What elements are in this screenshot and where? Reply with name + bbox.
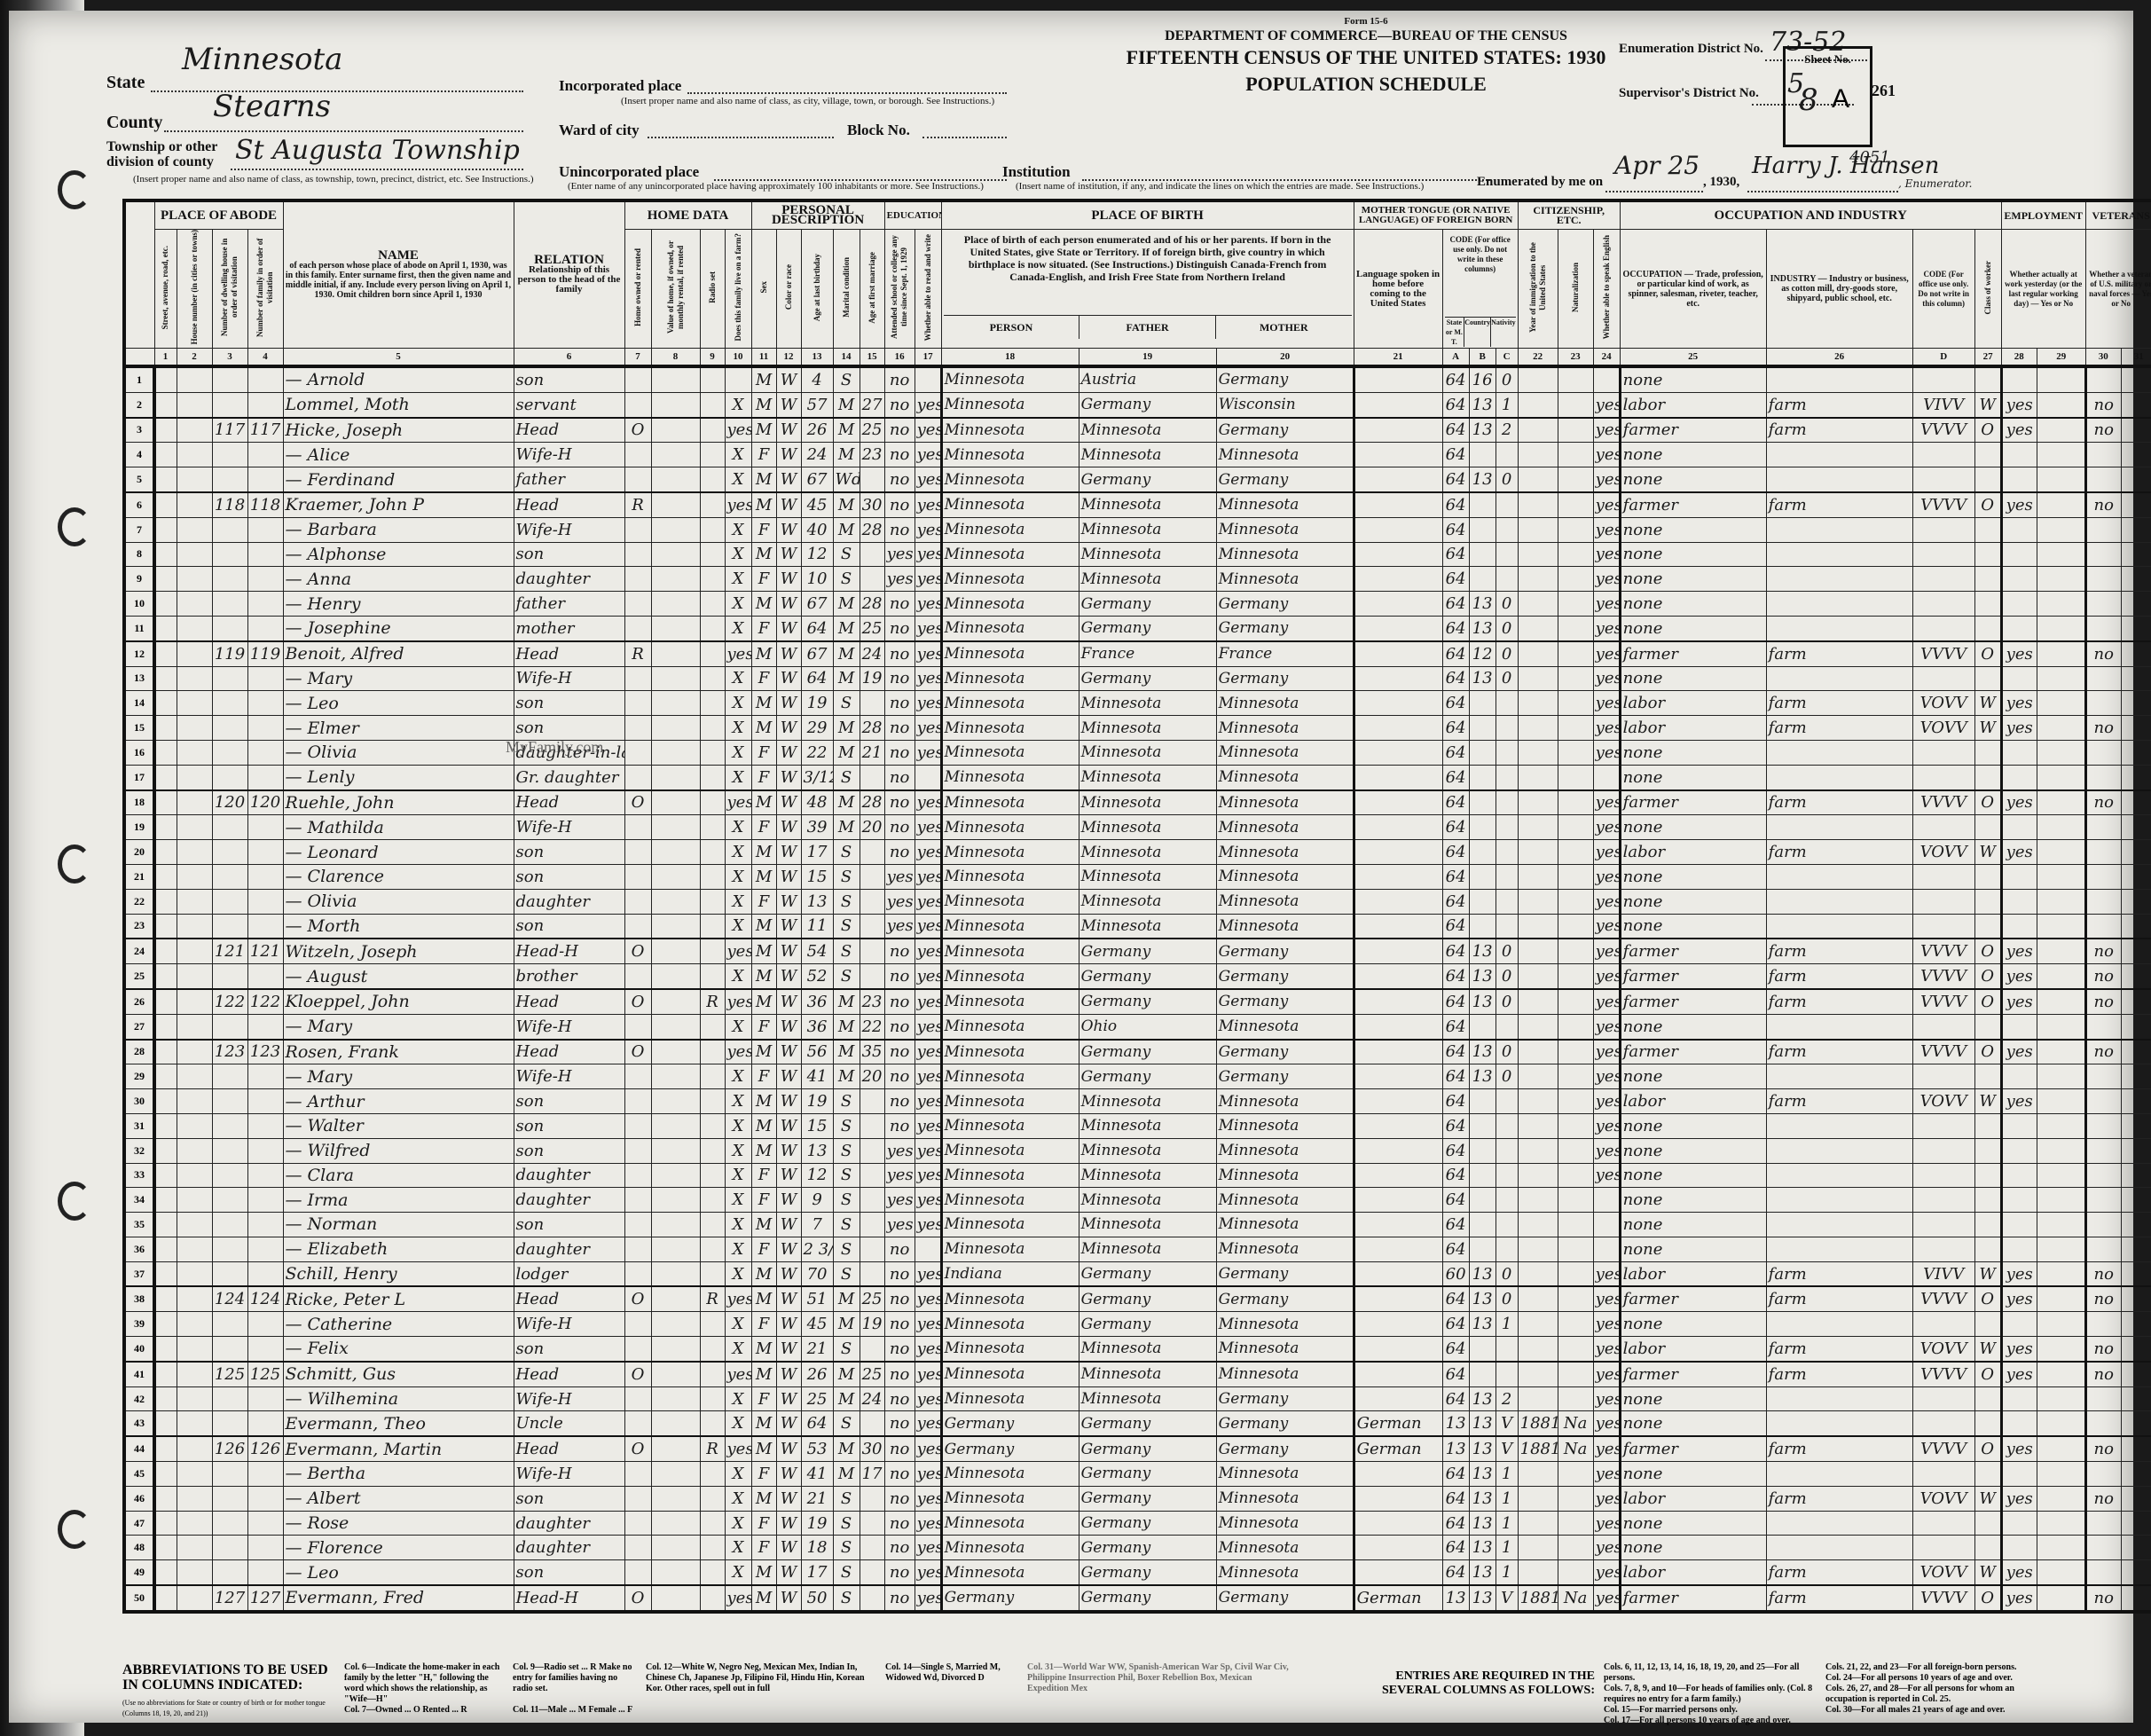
home-owned-cell — [624, 914, 651, 939]
school-cell: no — [884, 716, 915, 741]
radio-cell — [700, 1462, 725, 1487]
immigration-year-cell — [1518, 815, 1558, 840]
street-cell — [154, 1386, 177, 1411]
english-cell — [1593, 765, 1620, 789]
relation-cell: Head — [514, 989, 624, 1014]
immigration-year-cell — [1518, 443, 1558, 467]
home-owned-cell — [624, 1511, 651, 1536]
house-number-cell — [177, 592, 212, 617]
occ-code-header: CODE (For office use only. Do not write … — [1912, 230, 1974, 349]
occupation-code-cell: VVVV — [1912, 964, 1974, 989]
sex-header: Sex — [751, 230, 776, 349]
marital-cell: M — [833, 666, 860, 691]
name-cell: — Mary — [283, 1014, 514, 1039]
occupation-code-cell: VVVV — [1912, 1040, 1974, 1064]
read-write-cell: yes — [915, 1585, 941, 1612]
code-a-cell: 64 — [1442, 1213, 1469, 1237]
naturalization-cell — [1558, 840, 1593, 865]
code-b-cell — [1469, 864, 1495, 889]
age-cell: 13 — [801, 1138, 833, 1163]
radio-cell — [700, 1386, 725, 1411]
sex-cell: M — [751, 939, 776, 963]
at-work-cell: yes — [2001, 1560, 2037, 1585]
race-cell: W — [776, 1014, 801, 1039]
naturalization-cell — [1558, 1138, 1593, 1163]
school-cell: no — [884, 418, 915, 443]
code-b-cell: 13 — [1469, 964, 1495, 989]
naturalization-cell — [1558, 392, 1593, 417]
code-a-cell: 64 — [1442, 914, 1469, 939]
table-row: 24121121Witzeln, JosephHead-HOyesMW54Sno… — [124, 939, 2151, 963]
home-value-cell — [651, 1560, 700, 1585]
relation-cell: son — [514, 1486, 624, 1511]
school-cell: no — [884, 1486, 915, 1511]
worker-class-cell: W — [1974, 1337, 2001, 1362]
name-cell: Evermann, Theo — [283, 1411, 514, 1436]
language-cell — [1354, 740, 1442, 765]
home-value-cell — [651, 666, 700, 691]
line-number: 13 — [124, 666, 154, 691]
veteran-cell — [2085, 1237, 2121, 1261]
code-a-cell: 64 — [1442, 392, 1469, 417]
birthplace-person-cell: Minnesota — [941, 492, 1079, 517]
school-cell: no — [884, 616, 915, 640]
language-cell — [1354, 840, 1442, 865]
language-cell: German — [1354, 1585, 1442, 1612]
language-cell — [1354, 1462, 1442, 1487]
industry-cell: farm — [1766, 989, 1912, 1014]
veteran-cell — [2085, 567, 2121, 592]
birthplace-person-cell: Minnesota — [941, 1386, 1079, 1411]
birthplace-person-cell: Minnesota — [941, 616, 1079, 640]
war-cell — [2121, 641, 2151, 666]
at-work-cell: yes — [2001, 1585, 2037, 1612]
house-number-cell — [177, 1536, 212, 1560]
home-owned-cell — [624, 740, 651, 765]
naturalization-cell — [1558, 914, 1593, 939]
code-b-cell: 13 — [1469, 1386, 1495, 1411]
unemployment-line-cell — [2037, 567, 2085, 592]
race-cell: W — [776, 1462, 801, 1487]
name-cell: Witzeln, Joseph — [283, 939, 514, 963]
language-cell — [1354, 1040, 1442, 1064]
occupation-cell: none — [1620, 914, 1766, 939]
radio-cell — [700, 1585, 725, 1612]
home-value-cell — [651, 1386, 700, 1411]
birthplace-mother-cell: Minnesota — [1216, 492, 1354, 517]
read-write-cell: yes — [915, 1014, 941, 1039]
occupation-code-cell — [1912, 1113, 1974, 1138]
home-value-cell — [651, 1261, 700, 1286]
line-number: 35 — [124, 1213, 154, 1237]
english-cell — [1593, 1188, 1620, 1213]
name-cell: — Elizabeth — [283, 1237, 514, 1261]
read-write-cell: yes — [915, 691, 941, 716]
worker-class-cell — [1974, 1411, 2001, 1436]
school-cell: yes — [884, 864, 915, 889]
block-label: Block No. — [847, 122, 910, 139]
race-cell: W — [776, 1536, 801, 1560]
occupation-cell: none — [1620, 366, 1766, 392]
street-cell — [154, 1486, 177, 1511]
code-b-cell — [1469, 567, 1495, 592]
industry-cell — [1766, 542, 1912, 567]
code-c-cell — [1495, 1337, 1518, 1362]
race-cell: W — [776, 1188, 801, 1213]
value-header: Value of home, if owned, or monthly rent… — [651, 230, 700, 349]
relation-cell: Head-H — [514, 939, 624, 963]
street-cell — [154, 542, 177, 567]
farm-cell: X — [725, 1163, 751, 1188]
occupation-cell: none — [1620, 567, 1766, 592]
read-write-cell: yes — [915, 641, 941, 666]
street-cell — [154, 1113, 177, 1138]
home-value-cell — [651, 1436, 700, 1461]
war-cell — [2121, 366, 2151, 392]
marital-cell: S — [833, 1337, 860, 1362]
relation-cell: Head — [514, 1040, 624, 1064]
code-c-cell — [1495, 567, 1518, 592]
birthplace-father-cell: Minnesota — [1079, 914, 1216, 939]
radio-cell — [700, 964, 725, 989]
family-number-cell — [247, 1337, 283, 1362]
industry-cell — [1766, 1386, 1912, 1411]
sex-cell: F — [751, 443, 776, 467]
code-c-cell: 0 — [1495, 666, 1518, 691]
home-owned-cell — [624, 716, 651, 741]
home-value-cell — [651, 1188, 700, 1213]
punch-hole-icon — [58, 1510, 91, 1549]
immigration-year-cell — [1518, 790, 1558, 815]
radio-cell — [700, 542, 725, 567]
line-number: 40 — [124, 1337, 154, 1362]
at-work-cell — [2001, 517, 2037, 542]
race-cell: W — [776, 1064, 801, 1089]
sex-cell: M — [751, 864, 776, 889]
code-a-cell: 64 — [1442, 1138, 1469, 1163]
birthplace-mother-cell: Germany — [1216, 989, 1354, 1014]
table-row: 39— CatherineWife-HXFW45M19noyesMinnesot… — [124, 1312, 2151, 1337]
relation-cell: daughter — [514, 889, 624, 914]
age-cell: 26 — [801, 418, 833, 443]
code-c-cell — [1495, 1014, 1518, 1039]
language-cell — [1354, 1014, 1442, 1039]
dwelling-number-cell: 122 — [212, 989, 247, 1014]
occupation-code-cell — [1912, 815, 1974, 840]
read-write-cell: yes — [915, 1536, 941, 1560]
home-owned-cell: O — [624, 939, 651, 963]
code-b-cell — [1469, 765, 1495, 789]
table-row: 1— ArnoldsonMW4SnoMinnesotaAustriaGerman… — [124, 366, 2151, 392]
birthplace-person-cell: Germany — [941, 1436, 1079, 1461]
sheet-label: Sheet No. — [1786, 52, 1870, 67]
language-cell — [1354, 864, 1442, 889]
age-cell: 70 — [801, 1261, 833, 1286]
read-write-cell: yes — [915, 1113, 941, 1138]
immigration-year-cell — [1518, 1337, 1558, 1362]
unemployment-line-cell — [2037, 1411, 2085, 1436]
sex-cell: M — [751, 1560, 776, 1585]
at-work-cell — [2001, 740, 2037, 765]
occupation-cell: none — [1620, 1511, 1766, 1536]
name-cell: Benoit, Alfred — [283, 641, 514, 666]
age-cell: 41 — [801, 1462, 833, 1487]
worker-class-cell: O — [1974, 939, 2001, 963]
house-number-cell — [177, 666, 212, 691]
race-cell: W — [776, 1436, 801, 1461]
code-a-cell: 60 — [1442, 1261, 1469, 1286]
age-cell: 50 — [801, 1585, 833, 1612]
occupation-code-cell: VIVV — [1912, 392, 1974, 417]
worker-class-cell: O — [1974, 989, 2001, 1014]
dwelling-number-cell: 119 — [212, 641, 247, 666]
at-work-cell — [2001, 1237, 2037, 1261]
worker-class-cell — [1974, 1163, 2001, 1188]
sheet-value: 8 — [1799, 82, 1818, 118]
immigration-year-cell — [1518, 542, 1558, 567]
read-write-cell: yes — [915, 989, 941, 1014]
code-b-cell: 13 — [1469, 1462, 1495, 1487]
language-cell — [1354, 616, 1442, 640]
table-row: 9— AnnadaughterXFW10SyesyesMinnesotaMinn… — [124, 567, 2151, 592]
table-row: 35— NormansonXMW7SyesyesMinnesotaMinneso… — [124, 1213, 2151, 1237]
home-value-cell — [651, 1138, 700, 1163]
occupation-code-cell — [1912, 1213, 1974, 1237]
sex-cell: M — [751, 1261, 776, 1286]
english-cell: yes — [1593, 1511, 1620, 1536]
street-cell — [154, 1536, 177, 1560]
dwelling-number-cell — [212, 1163, 247, 1188]
street-cell — [154, 1286, 177, 1311]
relation-cell: father — [514, 467, 624, 492]
department: DEPARTMENT OF COMMERCE—BUREAU OF THE CEN… — [1056, 28, 1676, 44]
naturalization-cell — [1558, 1040, 1593, 1064]
column-number: C — [1495, 349, 1518, 367]
race-cell: W — [776, 1386, 801, 1411]
name-cell: — Albert — [283, 1486, 514, 1511]
code-a-cell: 64 — [1442, 989, 1469, 1014]
line-number: 4 — [124, 443, 154, 467]
veteran-cell — [2085, 840, 2121, 865]
unemployment-line-cell — [2037, 1386, 2085, 1411]
age-marriage-cell: 19 — [860, 666, 884, 691]
dwelling-number-cell — [212, 1064, 247, 1089]
naturalization-cell — [1558, 567, 1593, 592]
occupation-cell: none — [1620, 1536, 1766, 1560]
marital-cell: M — [833, 1386, 860, 1411]
industry-cell: farm — [1766, 1040, 1912, 1064]
birthplace-person-cell: Minnesota — [941, 542, 1079, 567]
age-cell: 21 — [801, 1486, 833, 1511]
code-a-cell: 64 — [1442, 1511, 1469, 1536]
worker-class-cell — [1974, 864, 2001, 889]
marital-cell: M — [833, 1286, 860, 1311]
house-number-cell — [177, 790, 212, 815]
english-cell: yes — [1593, 1486, 1620, 1511]
marital-cell: S — [833, 366, 860, 392]
immigration-year-cell — [1518, 467, 1558, 492]
occupation-code-cell — [1912, 1312, 1974, 1337]
war-cell — [2121, 1064, 2151, 1089]
farm-cell: X — [725, 542, 751, 567]
name-header: NAME of each person whose place of abode… — [283, 200, 514, 349]
read-write-cell: yes — [915, 542, 941, 567]
street-cell — [154, 1560, 177, 1585]
house-number-cell — [177, 1312, 212, 1337]
age-cell: 40 — [801, 517, 833, 542]
worker-class-cell — [1974, 815, 2001, 840]
age-cell: 12 — [801, 542, 833, 567]
house-number-cell — [177, 616, 212, 640]
age-marriage-header: Age at first marriage — [860, 230, 884, 349]
table-row: 25— AugustbrotherXMW52SnoyesMinnesotaGer… — [124, 964, 2151, 989]
home-value-cell — [651, 366, 700, 392]
birthplace-father-cell: Minnesota — [1079, 815, 1216, 840]
school-cell: no — [884, 392, 915, 417]
relation-cell: Wife-H — [514, 1312, 624, 1337]
birthplace-person-cell: Minnesota — [941, 1462, 1079, 1487]
unemployment-line-cell — [2037, 691, 2085, 716]
home-owned-cell — [624, 467, 651, 492]
occupation-code-cell — [1912, 567, 1974, 592]
line-number: 42 — [124, 1386, 154, 1411]
age-marriage-cell — [860, 1560, 884, 1585]
naturalization-cell — [1558, 1286, 1593, 1311]
farm-cell: X — [725, 716, 751, 741]
dwelling-number-cell — [212, 1188, 247, 1213]
line-number: 30 — [124, 1089, 154, 1114]
street-cell — [154, 889, 177, 914]
at-work-cell: yes — [2001, 1337, 2037, 1362]
unemployment-line-cell — [2037, 864, 2085, 889]
war-cell — [2121, 964, 2151, 989]
column-number: 20 — [1216, 349, 1354, 367]
war-cell — [2121, 467, 2151, 492]
industry-cell — [1766, 467, 1912, 492]
birthplace-father-cell: Germany — [1079, 1286, 1216, 1311]
read-write-cell: yes — [915, 517, 941, 542]
house-number-cell — [177, 517, 212, 542]
unemployment-line-cell — [2037, 716, 2085, 741]
english-cell: yes — [1593, 1286, 1620, 1311]
war-cell — [2121, 1536, 2151, 1560]
family-number-cell — [247, 1113, 283, 1138]
birthplace-father-cell: Minnesota — [1079, 1163, 1216, 1188]
farm-cell: X — [725, 740, 751, 765]
race-cell: W — [776, 840, 801, 865]
table-row: 2Lommel, MothservantXMW57M27noyesMinneso… — [124, 392, 2151, 417]
marital-cell: S — [833, 914, 860, 939]
read-write-cell: yes — [915, 1436, 941, 1461]
dwelling-number-cell — [212, 1312, 247, 1337]
birthplace-person-cell: Minnesota — [941, 1163, 1079, 1188]
home-owned-cell — [624, 366, 651, 392]
line-number: 9 — [124, 567, 154, 592]
enumerator-label: , Enumerator. — [1898, 177, 1973, 190]
birthplace-mother-cell: Germany — [1216, 939, 1354, 963]
table-row: 26122122Kloeppel, JohnHeadORyesMW36M23no… — [124, 989, 2151, 1014]
relation-cell: Head — [514, 492, 624, 517]
industry-cell — [1766, 1138, 1912, 1163]
race-cell: W — [776, 989, 801, 1014]
birthplace-mother-cell: Minnesota — [1216, 716, 1354, 741]
incorporated-label: Incorporated place — [559, 77, 681, 95]
home-owned-cell — [624, 1411, 651, 1436]
english-cell: yes — [1593, 1362, 1620, 1386]
english-cell — [1593, 1237, 1620, 1261]
code-a-cell: 64 — [1442, 1337, 1469, 1362]
age-cell: 25 — [801, 1386, 833, 1411]
home-owned-cell — [624, 1486, 651, 1511]
home-value-cell — [651, 790, 700, 815]
occupation-cell: none — [1620, 1462, 1766, 1487]
age-marriage-cell: 28 — [860, 592, 884, 617]
sex-cell: F — [751, 666, 776, 691]
occupation-code-cell — [1912, 1511, 1974, 1536]
race-cell: W — [776, 815, 801, 840]
age-marriage-cell — [860, 964, 884, 989]
name-cell: Kraemer, John P — [283, 492, 514, 517]
occupation-code-cell: VVVV — [1912, 1585, 1974, 1612]
column-number: 3 — [212, 349, 247, 367]
veteran-cell — [2085, 815, 2121, 840]
radio-cell — [700, 914, 725, 939]
township-label: Township or other division of county — [106, 139, 231, 169]
birthplace-mother-cell: Germany — [1216, 1436, 1354, 1461]
age-cell: 56 — [801, 1040, 833, 1064]
industry-cell: farm — [1766, 691, 1912, 716]
naturalization-cell — [1558, 815, 1593, 840]
code-a-cell: 64 — [1442, 939, 1469, 963]
war-cell — [2121, 765, 2151, 789]
relation-cell: Head — [514, 1362, 624, 1386]
at-work-cell: yes — [2001, 1362, 2037, 1386]
farm-cell: X — [725, 815, 751, 840]
family-number-cell — [247, 1261, 283, 1286]
occupation-code-cell — [1912, 740, 1974, 765]
race-cell: W — [776, 366, 801, 392]
at-work-cell — [2001, 1188, 2037, 1213]
school-cell: no — [884, 443, 915, 467]
industry-cell: farm — [1766, 964, 1912, 989]
english-cell: yes — [1593, 1462, 1620, 1487]
english-cell: yes — [1593, 592, 1620, 617]
veteran-cell — [2085, 1089, 2121, 1114]
entries-col-2: Cols. 21, 22, and 23—For all foreign-bor… — [1825, 1662, 2038, 1716]
name-cell: Evermann, Martin — [283, 1436, 514, 1461]
birthplace-mother-cell: Germany — [1216, 1040, 1354, 1064]
code-b-cell — [1469, 691, 1495, 716]
code-b-cell: 13 — [1469, 392, 1495, 417]
code-b-cell: 16 — [1469, 366, 1495, 392]
age-marriage-cell: 25 — [860, 616, 884, 640]
birthplace-person-cell: Minnesota — [941, 1014, 1079, 1039]
street-cell — [154, 989, 177, 1014]
birthplace-father-cell: Germany — [1079, 1511, 1216, 1536]
code-b-cell: 13 — [1469, 989, 1495, 1014]
unemployment-line-cell — [2037, 418, 2085, 443]
language-cell — [1354, 1286, 1442, 1311]
birthplace-father-cell: Minnesota — [1079, 567, 1216, 592]
age-marriage-cell — [860, 691, 884, 716]
unemployment-line-cell — [2037, 616, 2085, 640]
farm-cell: X — [725, 1089, 751, 1114]
dwelling-number-cell — [212, 1337, 247, 1362]
table-row: 45— BerthaWife-HXFW41M17noyesMinnesotaGe… — [124, 1462, 2151, 1487]
code-c-cell: 1 — [1495, 1511, 1518, 1536]
industry-cell — [1766, 815, 1912, 840]
industry-cell: farm — [1766, 1436, 1912, 1461]
